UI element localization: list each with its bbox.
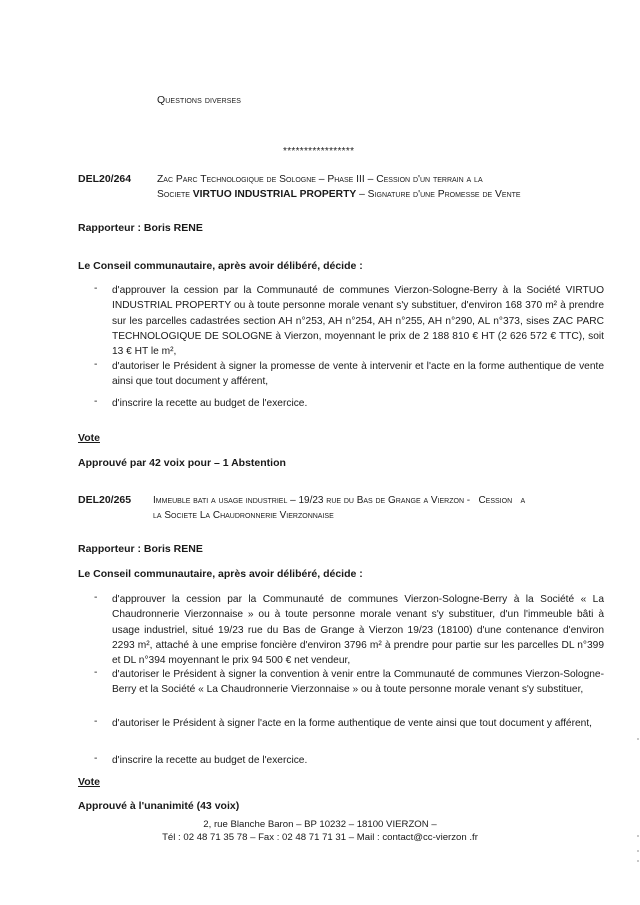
bullet-dash: - bbox=[94, 359, 104, 370]
decision-text: d'autoriser le Président à signer l'acte… bbox=[112, 716, 604, 731]
bullet-dash: - bbox=[94, 283, 104, 294]
vote-label: Vote bbox=[78, 432, 100, 444]
footer-contact-line: Tél : 02 48 71 35 78 – Fax : 02 48 71 71… bbox=[150, 831, 490, 844]
decision-item: - d'approuver la cession par la Communau… bbox=[94, 283, 604, 359]
decision-item: - d'approuver la cession par la Communau… bbox=[94, 592, 604, 668]
decision-text: d'inscrire la recette au budget de l'exe… bbox=[112, 753, 604, 768]
deliberation-title: Zac Parc Technologique de Sologne – Phas… bbox=[157, 172, 577, 202]
section-heading: Questions diverses bbox=[157, 94, 241, 106]
rapporteur: Rapporteur : Boris RENE bbox=[78, 222, 203, 234]
scan-artifact bbox=[637, 850, 639, 852]
decision-text: d'autoriser le Président à signer la con… bbox=[112, 667, 604, 698]
decision-text: d'approuver la cession par la Communauté… bbox=[112, 283, 604, 359]
decision-item: - d'autoriser le Président à signer la p… bbox=[94, 359, 604, 390]
deliberation-title-line: Societe VIRTUO INDUSTRIAL PROPERTY – Sig… bbox=[157, 187, 577, 202]
decision-item: - d'inscrire la recette au budget de l'e… bbox=[94, 753, 604, 768]
deliberation-title-line: Immeuble bati a usage industriel – 19/23… bbox=[153, 493, 603, 508]
deliberation-code: DEL20/264 bbox=[78, 173, 131, 185]
bullet-dash: - bbox=[94, 753, 104, 764]
decision-item: - d'autoriser le Président à signer la c… bbox=[94, 667, 604, 698]
scan-artifact bbox=[637, 835, 639, 837]
rapporteur: Rapporteur : Boris RENE bbox=[78, 543, 203, 555]
bullet-dash: - bbox=[94, 396, 104, 407]
decision-text: d'autoriser le Président à signer la pro… bbox=[112, 359, 604, 390]
footer-address: 2, rue Blanche Baron – BP 10232 – 18100 … bbox=[150, 818, 490, 844]
bullet-dash: - bbox=[94, 716, 104, 727]
deliberation-title-line: Zac Parc Technologique de Sologne – Phas… bbox=[157, 172, 577, 187]
decision-text: d'inscrire la recette au budget de l'exe… bbox=[112, 396, 604, 411]
decision-item: - d'autoriser le Président à signer l'ac… bbox=[94, 716, 604, 731]
scan-artifact bbox=[637, 860, 639, 862]
bullet-dash: - bbox=[94, 667, 104, 678]
company-name: VIRTUO INDUSTRIAL PROPERTY bbox=[193, 189, 356, 200]
title-text: Societe bbox=[157, 189, 193, 200]
bullet-dash: - bbox=[94, 592, 104, 603]
decision-item: - d'inscrire la recette au budget de l'e… bbox=[94, 396, 604, 411]
footer-address-line: 2, rue Blanche Baron – BP 10232 – 18100 … bbox=[150, 818, 490, 831]
title-text: – Signature d'une Promesse de Vente bbox=[356, 189, 520, 200]
council-decision-intro: Le Conseil communautaire, après avoir dé… bbox=[78, 260, 363, 272]
deliberation-title-line: la Societe La Chaudronnerie Vierzonnaise bbox=[153, 508, 603, 523]
council-decision-intro: Le Conseil communautaire, après avoir dé… bbox=[78, 568, 363, 580]
vote-result: Approuvé par 42 voix pour – 1 Abstention bbox=[78, 457, 286, 469]
deliberation-code: DEL20/265 bbox=[78, 494, 131, 506]
separator-asterisks: ***************** bbox=[283, 146, 354, 157]
vote-label: Vote bbox=[78, 776, 100, 788]
scan-artifact bbox=[637, 738, 639, 740]
vote-result: Approuvé à l'unanimité (43 voix) bbox=[78, 800, 239, 812]
deliberation-title: Immeuble bati a usage industriel – 19/23… bbox=[153, 493, 603, 523]
decision-text: d'approuver la cession par la Communauté… bbox=[112, 592, 604, 668]
